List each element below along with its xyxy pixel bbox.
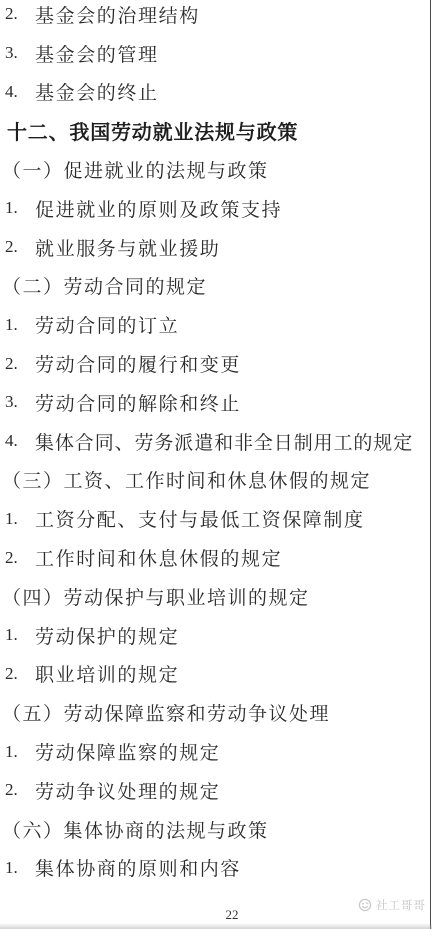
list-item-line: 1.集体协商的原则和内容 [0,849,432,888]
list-item-line: 1.劳动保障监察的规定 [0,732,432,771]
line-text: （二）劳动合同的规定 [2,272,207,299]
list-item-line: 1.工资分配、支付与最低工资保障制度 [0,499,432,538]
item-number: 1. [5,625,35,645]
item-number: 1. [5,315,35,335]
line-text: 工资分配、支付与最低工资保障制度 [35,505,365,532]
subsection-line: （六）集体协商的法规与政策 [0,810,432,849]
subsection-line: （五）劳动保障监察和劳动争议处理 [0,693,432,732]
line-text: 劳动合同的解除和终止 [35,389,241,416]
subsection-line: （四）劳动保护与职业培训的规定 [0,577,432,616]
watermark-text: 社工哥哥 [376,897,426,913]
line-text: 十二、我国劳动就业法规与政策 [7,116,298,145]
item-number: 1. [5,198,35,218]
item-number: 3. [5,392,35,412]
list-item-line: 2.就业服务与就业援助 [0,228,432,267]
line-text: 职业培训的规定 [35,660,179,687]
item-number: 4. [5,82,35,102]
list-item-line: 2.劳动合同的履行和变更 [0,344,432,383]
subsection-line: （一）促进就业的法规与政策 [0,150,432,189]
list-item-line: 2.劳动争议处理的规定 [0,771,432,810]
document-page: 2.基金会的治理结构3.基金会的管理4.基金会的终止十二、我国劳动就业法规与政策… [0,0,432,929]
line-text: 劳动合同的订立 [35,311,179,338]
line-text: 劳动合同的履行和变更 [35,350,241,377]
line-text: （一）促进就业的法规与政策 [2,156,269,183]
item-number: 2. [5,354,35,374]
list-item-line: 4.基金会的终止 [0,73,432,112]
item-number: 2. [5,780,35,800]
item-number: 2. [5,237,35,257]
list-item-line: 1.劳动合同的订立 [0,305,432,344]
smiley-logo-icon [358,898,372,912]
watermark: 社工哥哥 [358,896,426,914]
section-heading: 十二、我国劳动就业法规与政策 [0,111,432,150]
subsection-line: （三）工资、工作时间和休息休假的规定 [0,461,432,500]
line-text: 工作时间和休息休假的规定 [35,544,282,571]
list-item-line: 2.工作时间和休息休假的规定 [0,538,432,577]
bottom-shadow [0,923,432,929]
item-number: 2. [5,664,35,684]
line-text: 就业服务与就业援助 [35,234,220,261]
line-text: （三）工资、工作时间和休息休假的规定 [2,466,371,493]
list-item-line: 4.集体合同、劳务派遣和非全日制用工的规定 [0,422,432,461]
item-number: 2. [5,548,35,568]
right-edge-scan-line [430,0,432,929]
outline-list: 2.基金会的治理结构3.基金会的管理4.基金会的终止十二、我国劳动就业法规与政策… [0,0,432,887]
item-number: 4. [5,431,35,451]
list-item-line: 2.基金会的治理结构 [0,0,432,34]
list-item-line: 1.劳动保护的规定 [0,616,432,655]
list-item-line: 3.基金会的管理 [0,34,432,73]
line-text: 集体合同、劳务派遣和非全日制用工的规定 [35,428,413,455]
line-text: 劳动争议处理的规定 [35,777,220,804]
line-text: （五）劳动保障监察和劳动争议处理 [2,699,330,726]
list-item-line: 2.职业培训的规定 [0,655,432,694]
list-item-line: 1.促进就业的原则及政策支持 [0,189,432,228]
line-text: 基金会的终止 [35,78,159,105]
line-text: 劳动保护的规定 [35,622,179,649]
item-number: 2. [5,4,35,24]
line-text: 基金会的治理结构 [35,1,200,28]
item-number: 1. [5,858,35,878]
item-number: 3. [5,43,35,63]
line-text: （四）劳动保护与职业培训的规定 [2,583,310,610]
list-item-line: 3.劳动合同的解除和终止 [0,383,432,422]
line-text: 基金会的管理 [35,40,159,67]
subsection-line: （二）劳动合同的规定 [0,267,432,306]
item-number: 1. [5,742,35,762]
line-text: 劳动保障监察的规定 [35,738,220,765]
item-number: 1. [5,509,35,529]
line-text: 促进就业的原则及政策支持 [35,195,282,222]
line-text: 集体协商的原则和内容 [35,854,241,881]
line-text: （六）集体协商的法规与政策 [2,816,269,843]
